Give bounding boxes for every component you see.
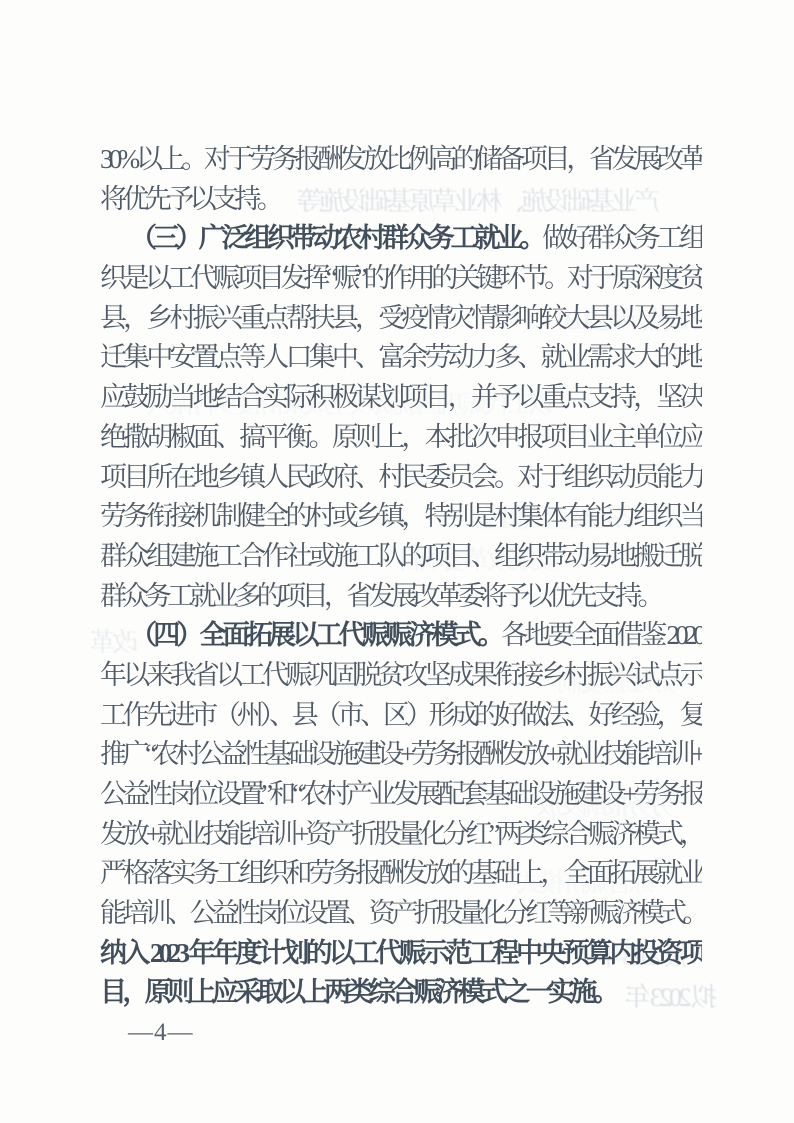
- text-segment: 推广“农村公益性基础设施建设+劳务报酬发放+就业技能培训+: [100, 739, 702, 769]
- text-line: 项目所在地乡镇人民政府、村民委员会。对于组织动员能力强、: [100, 458, 702, 498]
- bold-text-segment: 纳入 2023 年年度计划的以工代赈示范工程中央预算内投资项: [100, 938, 702, 968]
- text-segment: 工作先进市（州）、县（市、区）形成的好做法、好经验，复制: [100, 700, 702, 736]
- text-line: 绝撒胡椒面、搞平衡。原则上，本批次申报项目业主单位应为: [100, 418, 702, 458]
- text-line: 织是以工代赈项目发挥“赈”的作用的关键环节。对于原深度贫困: [100, 259, 702, 299]
- text-segment: 发放+就业技能培训+资产折股量化分红”两类综合赈济模式，在: [100, 819, 702, 855]
- text-segment: 年以来我省以工代赈巩固脱贫攻坚成果衔接乡村振兴试点示范: [100, 660, 702, 696]
- text-line: 发放+就业技能培训+资产折股量化分红”两类综合赈济模式，在: [100, 815, 702, 855]
- text-line: 年以来我省以工代赈巩固脱贫攻坚成果衔接乡村振兴试点示范: [100, 656, 702, 696]
- document-body: 30%以上。对于劳务报酬发放比例高的储备项目，省发展改革委将优先予以支持。（三）…: [100, 140, 702, 1013]
- text-segment: 严格落实务工组织和劳务报酬发放的基础上，全面拓展就业技: [100, 858, 702, 894]
- text-segment: 应鼓励当地结合实际积极谋划项目，并予以重点支持，坚决杜: [100, 382, 702, 418]
- text-line: 群众务工就业多的项目，省发展改革委将予以优先支持。: [100, 577, 702, 617]
- text-segment: 能培训、公益性岗位设置、资产折股量化分红等新赈济模式。: [100, 898, 702, 928]
- text-segment: 织是以工代赈项目发挥“赈”的作用的关键环节。对于原深度贫困: [100, 263, 702, 299]
- text-line: 30%以上。对于劳务报酬发放比例高的储备项目，省发展改革委: [100, 140, 702, 180]
- bold-text-segment: （三）广泛组织带动农村群众务工就业。: [130, 223, 542, 253]
- text-segment: 劳务衔接机制健全的村或乡镇，特别是村集体有能力组织当地: [100, 501, 702, 537]
- text-line: 应鼓励当地结合实际积极谋划项目，并予以重点支持，坚决杜: [100, 378, 702, 418]
- page-number: —4—: [128, 1019, 194, 1047]
- text-line: 目，原则上应采取以上两类综合赈济模式之一实施。: [100, 973, 702, 1013]
- text-segment: 县，乡村振兴重点帮扶县，受疫情灾情影响较大县以及易地搬: [100, 303, 702, 339]
- text-line: 纳入 2023 年年度计划的以工代赈示范工程中央预算内投资项: [100, 934, 702, 974]
- text-segment: 各地要全面借鉴 2020: [501, 620, 702, 650]
- text-segment: 项目所在地乡镇人民政府、村民委员会。对于组织动员能力强、: [100, 462, 702, 498]
- document-page: 产业基础设施、林业草原基础设施等试点示范 2020以工代赈巩固脱贫攻坚成果衔接乡…: [0, 0, 794, 1123]
- text-line: 劳务衔接机制健全的村或乡镇，特别是村集体有能力组织当地: [100, 497, 702, 537]
- text-segment: 公益性岗位设置”和“农村产业发展配套基础设施建设+劳务报酬: [100, 779, 702, 815]
- bold-text-segment: （四）全面拓展以工代赈赈济模式。: [130, 620, 501, 650]
- text-line: 迁集中安置点等人口集中、富余劳动力多、就业需求大的地区，: [100, 338, 702, 378]
- text-segment: 绝撒胡椒面、搞平衡。原则上，本批次申报项目业主单位应为: [100, 422, 702, 458]
- text-line: （三）广泛组织带动农村群众务工就业。做好群众务工组: [100, 219, 702, 259]
- text-segment: 迁集中安置点等人口集中、富余劳动力多、就业需求大的地区，: [100, 342, 702, 378]
- text-segment: 群众组建施工合作社或施工队的项目、组织带动易地搬迁脱贫: [100, 541, 702, 577]
- text-segment: 将优先予以支持。: [100, 184, 279, 214]
- text-segment: 群众务工就业多的项目，省发展改革委将予以优先支持。: [100, 581, 660, 611]
- text-line: 县，乡村振兴重点帮扶县，受疫情灾情影响较大县以及易地搬: [100, 299, 702, 339]
- text-segment: 做好群众务工组: [542, 223, 702, 253]
- text-line: 推广“农村公益性基础设施建设+劳务报酬发放+就业技能培训+: [100, 735, 702, 775]
- text-line: 能培训、公益性岗位设置、资产折股量化分红等新赈济模式。: [100, 894, 702, 934]
- text-line: 工作先进市（州）、县（市、区）形成的好做法、好经验，复制: [100, 696, 702, 736]
- text-line: （四）全面拓展以工代赈赈济模式。各地要全面借鉴 2020: [100, 616, 702, 656]
- text-line: 群众组建施工合作社或施工队的项目、组织带动易地搬迁脱贫: [100, 537, 702, 577]
- text-line: 公益性岗位设置”和“农村产业发展配套基础设施建设+劳务报酬: [100, 775, 702, 815]
- bold-text-segment: 目，原则上应采取以上两类综合赈济模式之一实施。: [100, 977, 615, 1007]
- text-line: 将优先予以支持。: [100, 180, 702, 220]
- text-line: 严格落实务工组织和劳务报酬发放的基础上，全面拓展就业技: [100, 854, 702, 894]
- text-segment: 30%以上。对于劳务报酬发放比例高的储备项目，省发展改革委: [100, 144, 702, 180]
